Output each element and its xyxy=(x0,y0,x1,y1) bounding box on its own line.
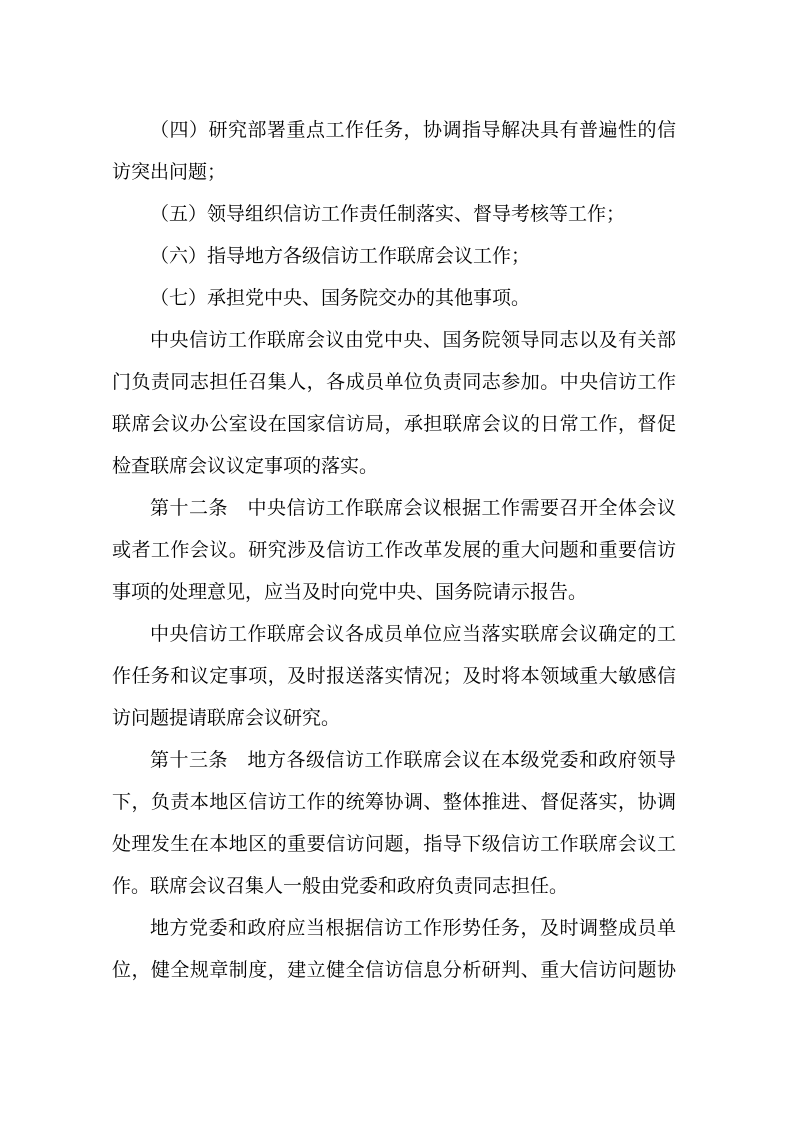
text-line: 事项的处理意见，应当及时向党中央、国务院请示报告。 xyxy=(112,572,676,614)
text-line: 第十二条 中央信访工作联席会议根据工作需要召开全体会议 xyxy=(112,488,676,530)
text-line: 第十三条 地方各级信访工作联席会议在本级党委和政府领导 xyxy=(112,740,676,782)
text-line: 作任务和议定事项，及时报送落实情况；及时将本领域重大敏感信 xyxy=(112,656,676,698)
text-line: 访问题提请联席会议研究。 xyxy=(112,698,676,740)
paragraph-item-5: （五）领导组织信访工作责任制落实、督导考核等工作； xyxy=(112,194,676,236)
paragraph-article-12: 第十二条 中央信访工作联席会议根据工作需要召开全体会议 或者工作会议。研究涉及信… xyxy=(112,488,676,614)
paragraph-local-party-government: 地方党委和政府应当根据信访工作形势任务，及时调整成员单 位，健全规章制度，建立健… xyxy=(112,908,676,992)
text-line: 作。联席会议召集人一般由党委和政府负责同志担任。 xyxy=(112,866,676,908)
text-line: 检查联席会议议定事项的落实。 xyxy=(112,446,676,488)
text-line: （五）领导组织信访工作责任制落实、督导考核等工作； xyxy=(112,194,676,236)
text-line: 位，健全规章制度，建立健全信访信息分析研判、重大信访问题协 xyxy=(112,950,676,992)
text-line: 下，负责本地区信访工作的统筹协调、整体推进、督促落实，协调 xyxy=(112,782,676,824)
text-line: 访突出问题； xyxy=(112,152,676,194)
text-line: （七）承担党中央、国务院交办的其他事项。 xyxy=(112,278,676,320)
document-text-block: （四）研究部署重点工作任务，协调指导解决具有普遍性的信 访突出问题； （五）领导… xyxy=(112,110,676,992)
text-line: 处理发生在本地区的重要信访问题，指导下级信访工作联席会议工 xyxy=(112,824,676,866)
paragraph-item-4: （四）研究部署重点工作任务，协调指导解决具有普遍性的信 访突出问题； xyxy=(112,110,676,194)
text-line: （六）指导地方各级信访工作联席会议工作； xyxy=(112,236,676,278)
paragraph-article-13: 第十三条 地方各级信访工作联席会议在本级党委和政府领导 下，负责本地区信访工作的… xyxy=(112,740,676,908)
text-line: 地方党委和政府应当根据信访工作形势任务，及时调整成员单 xyxy=(112,908,676,950)
paragraph-item-7: （七）承担党中央、国务院交办的其他事项。 xyxy=(112,278,676,320)
paragraph-item-6: （六）指导地方各级信访工作联席会议工作； xyxy=(112,236,676,278)
paragraph-joint-conference-composition: 中央信访工作联席会议由党中央、国务院领导同志以及有关部 门负责同志担任召集人，各… xyxy=(112,320,676,488)
text-line: 门负责同志担任召集人，各成员单位负责同志参加。中央信访工作 xyxy=(112,362,676,404)
text-line: 或者工作会议。研究涉及信访工作改革发展的重大问题和重要信访 xyxy=(112,530,676,572)
paragraph-member-units-duties: 中央信访工作联席会议各成员单位应当落实联席会议确定的工 作任务和议定事项，及时报… xyxy=(112,614,676,740)
text-line: 中央信访工作联席会议各成员单位应当落实联席会议确定的工 xyxy=(112,614,676,656)
text-line: （四）研究部署重点工作任务，协调指导解决具有普遍性的信 xyxy=(112,110,676,152)
document-page: （四）研究部署重点工作任务，协调指导解决具有普遍性的信 访突出问题； （五）领导… xyxy=(0,0,794,1123)
text-line: 联席会议办公室设在国家信访局，承担联席会议的日常工作，督促 xyxy=(112,404,676,446)
text-line: 中央信访工作联席会议由党中央、国务院领导同志以及有关部 xyxy=(112,320,676,362)
